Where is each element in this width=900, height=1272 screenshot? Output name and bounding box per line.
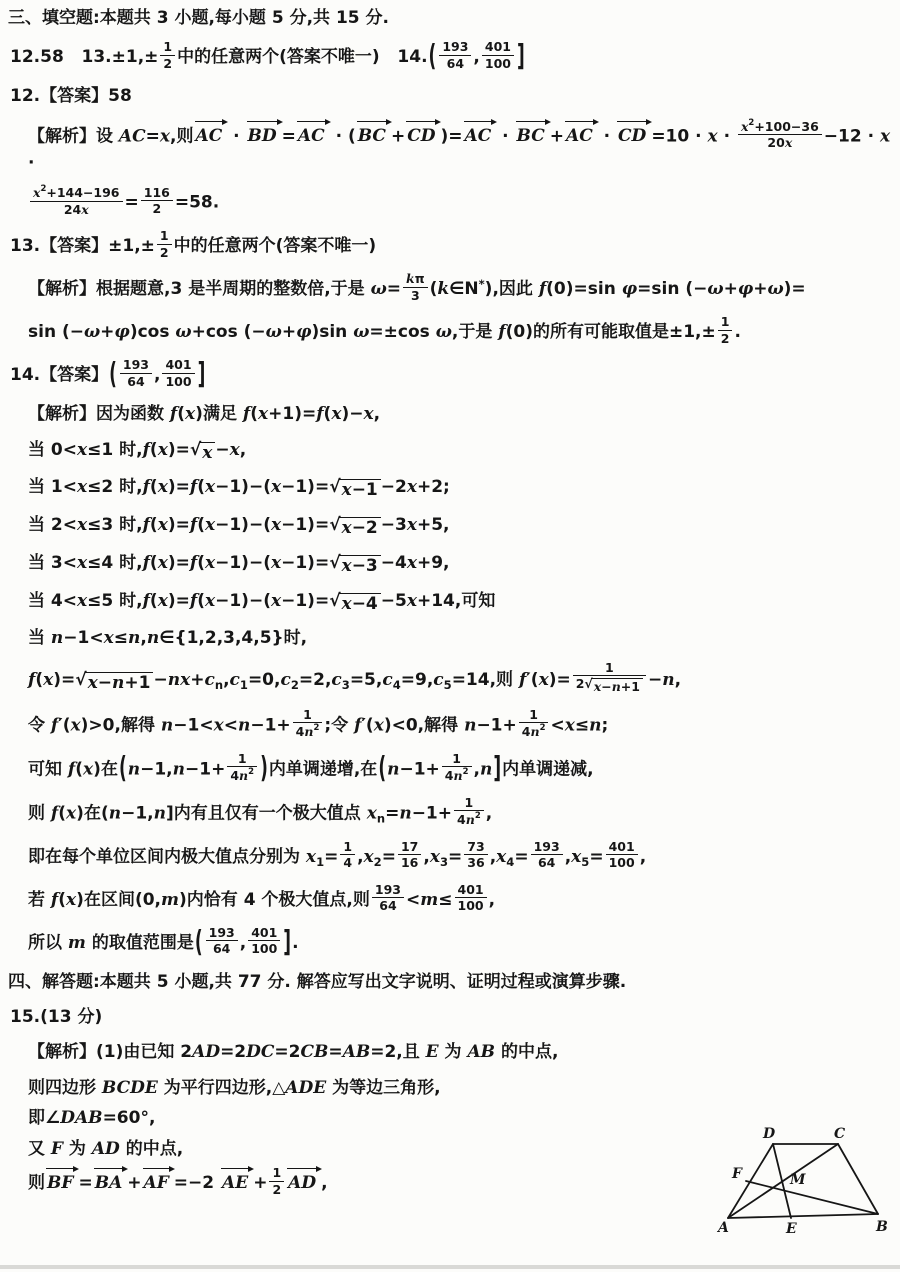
big-bracket: ( [378, 750, 386, 788]
vector-overarrow: AC [564, 121, 598, 147]
math-var: f [354, 715, 361, 735]
fraction-numerator: 193 [531, 840, 563, 856]
math-var: f [190, 515, 197, 535]
math-var: F [51, 1139, 63, 1159]
fraction-denominator: 4n2 [519, 723, 549, 739]
fraction: 14n2 [519, 708, 549, 739]
math-var: n [51, 628, 63, 648]
fraction-numerator: 401 [606, 840, 638, 856]
math-var: x [306, 847, 316, 867]
vector-overarrow: AC [296, 121, 330, 147]
fraction-numerator: 193 [120, 358, 152, 374]
math-var: x [185, 404, 195, 424]
math-var: ω [266, 322, 282, 342]
fraction-numerator: x2+144−196 [30, 185, 123, 202]
square-root: √x−n+1 [584, 678, 643, 694]
math-var: f [143, 591, 150, 611]
superscript: 2 [463, 767, 469, 777]
doc-line-11: 当 0<x≤1 时,f(x)=√x−x, [0, 439, 892, 464]
big-bracket: ( [429, 39, 437, 77]
doc-line-18: 令 f′(x)>0,解得 n−1<x<n−1+14n2;令 f′(x)<0,解得… [0, 710, 892, 741]
math-var: x [205, 477, 215, 497]
math-var: n [128, 759, 140, 779]
fraction: 12 [160, 40, 175, 70]
fraction: 12 [269, 1166, 284, 1196]
subscript: 4 [393, 678, 401, 692]
math-var: n [530, 724, 539, 739]
math-var: CB [301, 1042, 329, 1062]
math-var: ω [371, 279, 387, 299]
fraction: 19364 [531, 840, 563, 870]
fraction-denominator: 24x [30, 202, 123, 217]
math-var: φ [296, 322, 311, 342]
math-var: k [406, 271, 415, 286]
math-var: x [66, 890, 76, 910]
fraction-denominator: 100 [162, 374, 194, 389]
fraction-numerator: 1 [157, 229, 172, 245]
fraction: kπ3 [403, 272, 428, 302]
math-var: x [367, 803, 377, 823]
math-var: f [143, 440, 150, 460]
fraction-denominator: 4n2 [227, 767, 257, 783]
subscript: 1 [316, 855, 324, 869]
math-var: f [51, 803, 58, 823]
math-var: φ [622, 279, 637, 299]
square-root: √x [190, 442, 215, 464]
fraction: 401100 [162, 358, 194, 388]
fraction-numerator: 1 [718, 315, 733, 331]
figure-edge-FB [746, 1181, 878, 1214]
math-var: x [539, 670, 549, 690]
math-var: x [342, 594, 352, 614]
fraction-denominator: 100 [482, 56, 514, 71]
math-var: ω [84, 322, 100, 342]
math-var: AB [467, 1042, 495, 1062]
math-var: x [708, 126, 718, 146]
math-var: x [271, 553, 281, 573]
fraction-numerator: 1 [454, 796, 484, 812]
math-var: x [407, 515, 417, 535]
fraction-numerator: 193 [372, 883, 404, 899]
square-root: √x−1 [329, 479, 381, 501]
doc-line-12: 当 1<x≤2 时,f(x)=f(x−1)−(x−1)=√x−1−2x+2; [0, 476, 892, 501]
math-var: x [364, 847, 374, 867]
big-bracket: ( [195, 924, 203, 962]
fraction-denominator: 4n2 [454, 811, 484, 827]
doc-line-25: 15.(13 分) [0, 1006, 892, 1028]
vector-overarrow: BD [246, 121, 282, 147]
radicand: x−2 [339, 517, 381, 539]
math-var: f [190, 591, 197, 611]
fraction-denominator: 100 [455, 898, 487, 913]
math-var: x [205, 515, 215, 535]
fraction-denominator: 64 [206, 941, 238, 956]
math-var: x [214, 715, 224, 735]
square-root: √x−3 [329, 555, 381, 577]
vector-overarrow: BC [515, 121, 550, 147]
fraction: 401100 [606, 840, 638, 870]
math-var: x [77, 553, 87, 573]
math-var: x [180, 670, 190, 690]
math-var: f [190, 477, 197, 497]
fraction-numerator: 1 [227, 752, 257, 768]
superscript: 2 [313, 723, 319, 733]
fraction-denominator: 36 [464, 855, 487, 870]
fraction-denominator: 4 [340, 855, 355, 870]
radicand: x−1 [339, 479, 381, 501]
doc-line-27: 则四边形 BCDE 为平行四边形,△ADE 为等边三角形, [0, 1077, 892, 1099]
math-var: x [205, 553, 215, 573]
fraction-numerator: 116 [141, 186, 173, 202]
doc-line-8: sin (−ω+φ)cos ω+cos (−ω+φ)sin ω=±cos ω,于… [0, 317, 892, 347]
math-var: x [571, 847, 581, 867]
math-var: n [112, 673, 124, 693]
fraction-denominator: 2√x−n+1 [573, 676, 646, 694]
figure-label-M: M [789, 1172, 806, 1188]
math-var: x [43, 670, 53, 690]
fraction: 12 [157, 229, 172, 259]
doc-line-20: 则 f(x)在(n−1,n]内有且仅有一个极大值点 xn=n−1+14n2, [0, 798, 892, 829]
math-var: AD [92, 1139, 120, 1159]
vector-overarrow: AC [194, 121, 228, 147]
figure-edge-BC [838, 1144, 878, 1214]
math-var: c [331, 670, 341, 690]
fraction: 401100 [248, 926, 280, 956]
subscript: 2 [374, 855, 382, 869]
math-var: x [374, 715, 384, 735]
subscript: 2 [291, 678, 299, 692]
math-var: n [109, 803, 121, 823]
vector-overarrow: AD [286, 1168, 321, 1194]
doc-line-14: 当 3<x≤4 时,f(x)=f(x−1)−(x−1)=√x−3−4x+9, [0, 552, 892, 577]
fraction: 401100 [482, 40, 514, 70]
big-bracket: ] [198, 356, 206, 394]
math-var: x [407, 591, 417, 611]
figure-label-E: E [785, 1221, 797, 1237]
fraction-denominator: 100 [248, 941, 280, 956]
vector-overarrow: AC [463, 121, 497, 147]
radicand: x−n+1 [591, 678, 643, 694]
radicand: x−4 [339, 593, 381, 615]
doc-line-26: 【解析】(1)由已知 2AD=2DC=2CB=AB=2,且 E 为 AB 的中点… [0, 1041, 892, 1063]
math-var: x [785, 135, 792, 150]
math-var: ω [175, 322, 191, 342]
fraction-numerator: 401 [455, 883, 487, 899]
vector-overarrow: CD [405, 121, 440, 147]
vector-overarrow: AE [220, 1168, 253, 1194]
math-var: x [430, 847, 440, 867]
math-var: x [77, 591, 87, 611]
math-var: c [433, 670, 443, 690]
math-var: φ [114, 322, 129, 342]
figure-label-A: A [716, 1220, 729, 1236]
math-var: m [161, 890, 179, 910]
doc-line-23: 所以 m 的取值范围是(19364,401100]. [0, 928, 892, 958]
math-var: n [387, 759, 399, 779]
math-var: E [426, 1042, 439, 1062]
fraction-numerator: 193 [206, 926, 238, 942]
superscript: 2 [540, 723, 546, 733]
figure-edge-AC [728, 1144, 838, 1218]
big-bracket: ] [517, 39, 525, 77]
fraction-numerator: 1 [573, 661, 646, 677]
math-var: AB [343, 1042, 371, 1062]
subscript: 5 [444, 678, 452, 692]
fraction-denominator: 4n2 [293, 723, 323, 739]
fraction: 19364 [120, 358, 152, 388]
subscript: 5 [581, 855, 589, 869]
math-var: f [519, 670, 526, 690]
math-var: x [271, 515, 281, 535]
fraction-numerator: 401 [248, 926, 280, 942]
square-root: √x−2 [329, 517, 381, 539]
math-var: x [407, 477, 417, 497]
fraction-denominator: 2 [157, 245, 172, 260]
doc-line-5: x2+144−19624x=1162=58. [0, 187, 892, 218]
math-var: f [498, 322, 505, 342]
math-var: x [66, 803, 76, 823]
doc-line-3: 12.【答案】58 [0, 85, 892, 107]
math-var: n [466, 812, 475, 827]
fraction-numerator: 401 [162, 358, 194, 374]
math-var: ω [436, 322, 452, 342]
math-var: x [342, 518, 352, 538]
fraction-numerator: 193 [439, 40, 471, 56]
math-var: f [28, 670, 35, 690]
math-var: f [68, 759, 75, 779]
math-var: x [342, 556, 352, 576]
document-body: 三、填空题:本题共 3 小题,每小题 5 分,共 15 分.12.58 13.±… [0, 7, 900, 1211]
math-var: x [363, 404, 373, 424]
math-var: n [454, 768, 463, 783]
big-bracket: ( [119, 750, 127, 788]
fraction: 7336 [464, 840, 487, 870]
subscript: 3 [440, 855, 448, 869]
doc-line-22: 若 f(x)在区间(0,m)内恰有 4 个极大值点,则19364<m≤40110… [0, 885, 892, 915]
math-var: n [464, 715, 476, 735]
fraction-numerator: 401 [482, 40, 514, 56]
math-var: f [51, 715, 58, 735]
superscript: 2 [248, 767, 254, 777]
math-var: x [158, 553, 168, 573]
math-var: m [68, 933, 86, 953]
fraction-denominator: 2 [160, 56, 175, 71]
fraction-denominator: 16 [398, 855, 421, 870]
radicand: x−3 [339, 555, 381, 577]
math-var: x [496, 847, 506, 867]
math-var: x [271, 477, 281, 497]
fraction: x2+144−19624x [30, 185, 123, 216]
math-var: DC [246, 1042, 274, 1062]
math-var: BCDE [102, 1078, 158, 1098]
math-var: f [316, 404, 323, 424]
fraction: 14n2 [454, 796, 484, 827]
subscript: n [377, 811, 385, 825]
math-var: x [158, 440, 168, 460]
math-var: AC [119, 126, 146, 146]
big-bracket: ) [260, 750, 268, 788]
fraction: 19364 [206, 926, 238, 956]
math-var: x [158, 477, 168, 497]
math-var: x [158, 591, 168, 611]
fraction-denominator: 64 [120, 374, 152, 389]
math-var: x [77, 440, 87, 460]
fraction-denominator: 100 [606, 855, 638, 870]
math-var: x [71, 715, 81, 735]
math-var: ADE [285, 1078, 326, 1098]
math-var: x [205, 591, 215, 611]
fraction: 12√x−n+1 [573, 661, 646, 695]
fraction: 14n2 [293, 708, 323, 739]
big-bracket: ] [493, 750, 501, 788]
fraction-numerator: 73 [464, 840, 487, 856]
doc-line-6: 13.【答案】±1,±12中的任意两个(答案不唯一) [0, 231, 892, 261]
math-var: c [204, 670, 214, 690]
vector-overarrow: BF [45, 1168, 78, 1194]
math-var: x [594, 679, 601, 694]
math-var: x [158, 515, 168, 535]
fraction-numerator: 1 [442, 752, 472, 768]
superscript: 2 [475, 811, 481, 821]
math-var: f [539, 279, 546, 299]
doc-line-21: 即在每个单位区间内极大值点分别为 x1=14,x2=1716,x3=7336,x… [0, 842, 892, 872]
doc-line-15: 当 4<x≤5 时,f(x)=f(x−1)−(x−1)=√x−4−5x+14,可… [0, 590, 892, 615]
math-var: DAB [60, 1108, 102, 1128]
doc-line-4: 【解析】设 AC=x,则AC · BD=AC · (BC+CD)=AC · BC… [0, 121, 892, 174]
vector-overarrow: BA [93, 1168, 128, 1194]
vector-overarrow: AF [142, 1168, 174, 1194]
vector-overarrow: BC [356, 121, 391, 147]
math-var: n [147, 628, 159, 648]
math-var: f [243, 404, 250, 424]
scan-edge-artifact [0, 1265, 900, 1269]
math-var: x [77, 477, 87, 497]
fraction-numerator: 1 [519, 708, 549, 724]
fraction-denominator: 64 [439, 56, 471, 71]
doc-line-9: 14.【答案】(19364,401100] [0, 360, 892, 390]
math-var: c [230, 670, 240, 690]
doc-line-7: 【解析】根据题意,3 是半周期的整数倍,于是 ω=kπ3(k∈N*),因此 f(… [0, 274, 892, 304]
doc-line-13: 当 2<x≤3 时,f(x)=f(x−1)−(x−1)=√x−2−3x+5, [0, 514, 892, 539]
fraction-denominator: 2 [141, 201, 173, 216]
superscript: 2 [748, 118, 754, 128]
vector-overarrow: CD [616, 121, 651, 147]
math-var: ω [767, 279, 783, 299]
math-var: c [280, 670, 290, 690]
radicand: x−n+1 [85, 672, 154, 694]
math-var: x [271, 591, 281, 611]
subscript: 4 [506, 855, 514, 869]
math-var: x [160, 126, 170, 146]
math-var: x [565, 715, 575, 735]
fraction-denominator: 64 [531, 855, 563, 870]
square-root: √x−4 [329, 593, 381, 615]
doc-line-17: f(x)=√x−n+1−nx+cn,c1=0,c2=2,c3=5,c4=9,c5… [0, 663, 892, 697]
math-var: f [190, 553, 197, 573]
math-var: x [81, 202, 88, 217]
fraction: x2+100−3620x [738, 119, 822, 150]
math-var: n [173, 759, 185, 779]
figure-label-F: F [731, 1166, 743, 1182]
big-bracket: ] [283, 924, 291, 962]
math-var: ω [707, 279, 723, 299]
radicand: x [199, 442, 215, 464]
fraction-denominator: 2 [269, 1182, 284, 1197]
math-var: x [258, 404, 268, 424]
fraction: 1162 [141, 186, 173, 216]
figure-label-C: C [834, 1126, 845, 1142]
math-var: AD [192, 1042, 220, 1062]
math-var: n [589, 715, 601, 735]
doc-line-2: 12.58 13.±1,±12中的任意两个(答案不唯一) 14.(19364,4… [0, 42, 892, 72]
math-var: n [168, 670, 180, 690]
fraction: 1716 [398, 840, 421, 870]
doc-line-19: 可知 f(x)在(n−1,n−1+14n2)内单调递增,在(n−1+14n2,n… [0, 754, 892, 785]
fraction: 14n2 [227, 752, 257, 783]
superscript: 2 [40, 184, 46, 194]
subscript: n [215, 678, 223, 692]
math-var: n [662, 670, 674, 690]
trapezoid-figure: ABCDEFM [710, 1126, 900, 1244]
fraction-denominator: 20x [738, 135, 822, 150]
math-var: n [128, 628, 140, 648]
subscript: 1 [240, 678, 248, 692]
math-var: x [230, 440, 240, 460]
fraction-numerator: 1 [269, 1166, 284, 1182]
fraction: 401100 [455, 883, 487, 913]
math-var: n [154, 803, 166, 823]
math-var: f [143, 477, 150, 497]
math-var: x [342, 480, 352, 500]
fraction-denominator: 64 [372, 898, 404, 913]
math-var: x [88, 673, 98, 693]
math-var: x [407, 553, 417, 573]
math-var: φ [738, 279, 753, 299]
fraction-numerator: kπ [403, 272, 428, 288]
math-var: x [104, 628, 114, 648]
math-var: ω [353, 322, 369, 342]
fraction: 19364 [439, 40, 471, 70]
superscript: * [479, 277, 485, 291]
math-var: f [51, 890, 58, 910]
fraction-denominator: 2 [718, 331, 733, 346]
big-bracket: ( [109, 356, 117, 394]
fraction: 12 [718, 315, 733, 345]
doc-line-24: 四、解答题:本题共 5 小题,共 77 分. 解答应写出文字说明、证明过程或演算… [0, 971, 892, 993]
doc-line-16: 当 n−1<x≤n,n∈{1,2,3,4,5}时, [0, 627, 892, 649]
math-var: n [612, 679, 621, 694]
fraction-numerator: 17 [398, 840, 421, 856]
math-var: x [331, 404, 341, 424]
fraction-numerator: x2+100−36 [738, 119, 822, 136]
math-var: c [382, 670, 392, 690]
math-var: n [238, 715, 250, 735]
math-var: n [161, 715, 173, 735]
fraction-denominator: 3 [403, 288, 428, 303]
math-var: n [239, 768, 248, 783]
math-var: x [77, 515, 87, 535]
fraction-numerator: 1 [160, 40, 175, 56]
subscript: 3 [342, 678, 350, 692]
math-var: m [420, 890, 438, 910]
math-var: x [83, 759, 93, 779]
math-var: f [143, 553, 150, 573]
doc-line-10: 【解析】因为函数 f(x)满足 f(x+1)=f(x)−x, [0, 403, 892, 425]
math-var: n [480, 759, 492, 779]
math-var: n [399, 803, 411, 823]
figure-edge-AB [728, 1214, 878, 1218]
fraction-numerator: 1 [340, 840, 355, 856]
